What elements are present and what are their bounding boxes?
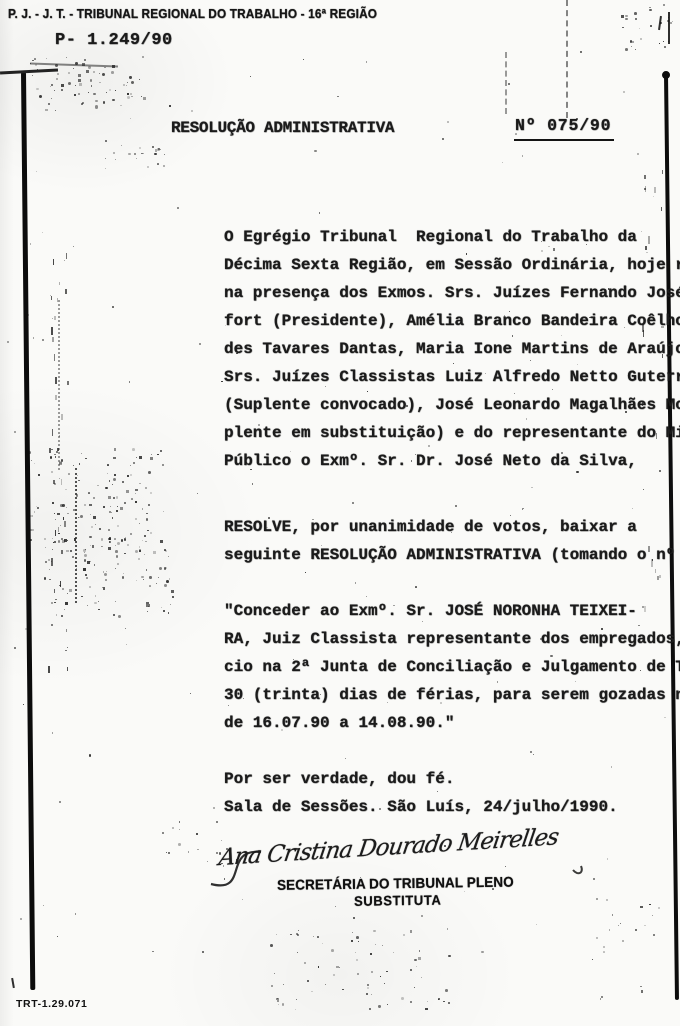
corner-tick-mark xyxy=(11,978,15,988)
text-line: des Tavares Dantas, Maria Ione Martins d… xyxy=(84,335,664,363)
text-line: na presença dos Exmos. Srs. Juízes Ferna… xyxy=(84,279,664,307)
document-title: RESOLUÇÃO ADMINISTRATIVA xyxy=(171,119,394,137)
right-margin-rule-line xyxy=(664,74,679,1000)
court-header: P. J. - J. T. - TRIBUNAL REGIONAL DO TRA… xyxy=(8,7,377,21)
left-margin-rule-line xyxy=(21,72,35,990)
stamp-secretary-title: SECRETÁRIA DO TRIBUNAL PLENO xyxy=(277,874,514,893)
text-line: Público o Exmº. Sr. Dr. José Neto da Sil… xyxy=(84,447,664,475)
text-line: Décima Sexta Região, em Sessão Ordinária… xyxy=(84,251,664,279)
text-line: fort (Presidente), Amélia Branco Bandeir… xyxy=(84,307,664,335)
text-line: (Suplente convocado), José Leonardo Maga… xyxy=(84,391,664,419)
process-number: P- 1.249/90 xyxy=(55,31,173,50)
text-line: Srs. Juízes Classistas Luiz Alfredo Nett… xyxy=(84,363,664,391)
scratch-mark xyxy=(0,68,58,74)
stamp-substitute-label: SUBSTITUTA xyxy=(354,892,442,909)
text-line: RA, Juiz Classista representante dos emp… xyxy=(84,625,664,653)
corner-tick-mark xyxy=(658,16,662,30)
text-line: plente em substituição) e do representan… xyxy=(84,419,664,447)
perforation-dots xyxy=(58,300,60,470)
closing-block: Por ser verdade, dou fé. Sala de Sessões… xyxy=(84,765,664,821)
closing-line: Por ser verdade, dou fé. xyxy=(224,765,664,793)
document-body: O Egrégio Tribunal Regional do Trabalho … xyxy=(84,223,664,821)
signature-handwriting: Ana Cristina Dourado Meirelles xyxy=(217,824,560,871)
fold-crease-mark xyxy=(566,0,568,118)
text-line: seguinte RESOLUÇÃO ADMINISTRATIVA (toman… xyxy=(84,541,664,569)
corner-tick-mark xyxy=(668,12,670,44)
text-line: RESOLVE, por unanimidade de votos, baixa… xyxy=(84,513,664,541)
paragraph-concession: "Conceder ao Exmº. Sr. JOSÉ NORONHA TEIX… xyxy=(84,597,664,737)
closing-line: Sala de Sessões. São Luís, 24/julho/1990… xyxy=(224,793,664,821)
paragraph-resolve: RESOLVE, por unanimidade de votos, baixa… xyxy=(84,513,664,569)
paragraph-preamble: O Egrégio Tribunal Regional do Trabalho … xyxy=(84,223,664,475)
resolution-number: Nº 075/90 xyxy=(514,116,614,141)
text-line: "Conceder ao Exmº. Sr. JOSÉ NORONHA TEIX… xyxy=(84,597,664,625)
perforation-dots xyxy=(75,468,77,603)
scanned-document-page: P. J. - J. T. - TRIBUNAL REGIONAL DO TRA… xyxy=(0,0,680,1026)
scratch-mark xyxy=(30,62,118,67)
text-line: cio na 2ª Junta de Conciliação e Julgame… xyxy=(84,653,664,681)
text-line: de 16.07.90 a 14.08.90." xyxy=(84,709,664,737)
fold-crease-mark xyxy=(505,52,507,114)
form-code: TRT-1.29.071 xyxy=(16,998,87,1010)
text-line: 30 (trinta) dias de férias, para serem g… xyxy=(84,681,664,709)
text-line: O Egrégio Tribunal Regional do Trabalho … xyxy=(84,223,664,251)
